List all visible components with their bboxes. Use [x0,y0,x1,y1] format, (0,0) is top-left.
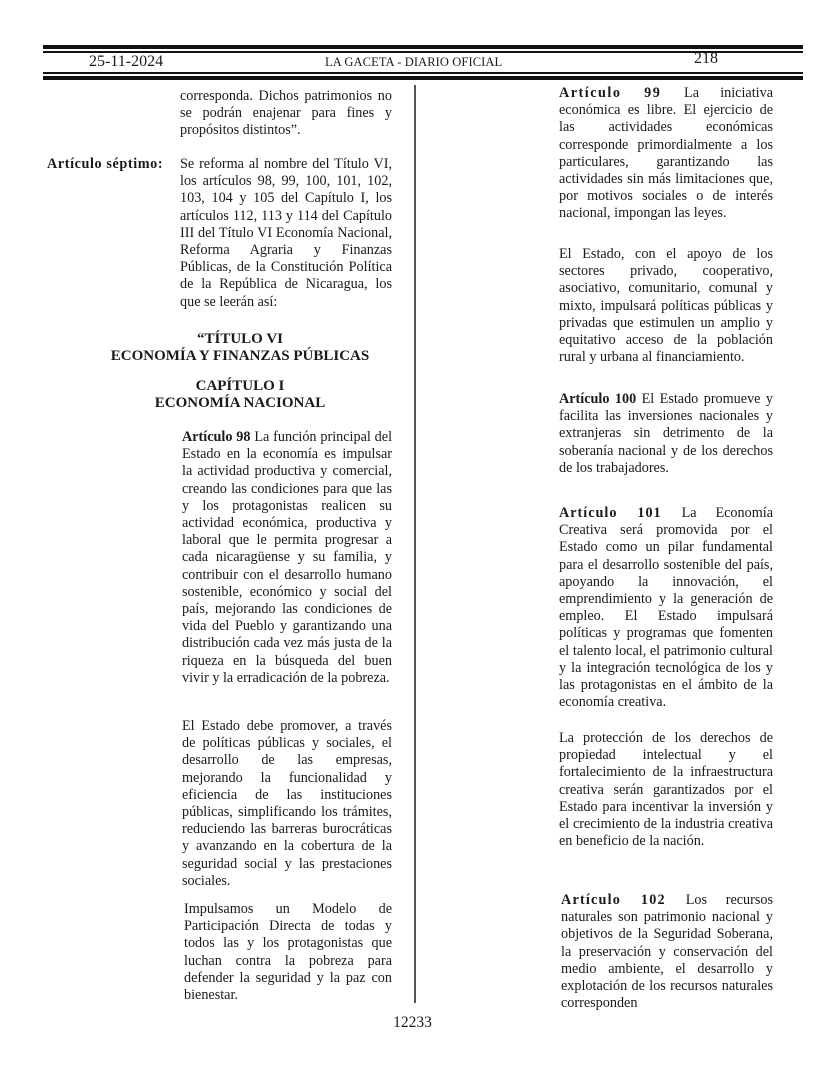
article-101-text: La Economía Creativa será promovida por … [559,505,773,710]
column-divider [414,85,416,1003]
article-98-label: Artículo 98 [182,429,254,445]
page-number: 218 [694,50,718,68]
article-99-paragraph-2: El Estado, con el apoyo de los sectores … [559,246,773,366]
chapter-heading-line2: ECONOMÍA NACIONAL [60,395,420,412]
article-98: Artículo 98 La función principal del Est… [182,429,392,687]
article-99: Artículo 99 La iniciativa económica es l… [559,85,773,223]
article-98-paragraph-3: Impulsamos un Modelo de Participación Di… [184,901,392,1004]
publication-title: LA GACETA - DIARIO OFICIAL [325,55,502,70]
article-seventh-label: Artículo séptimo: [47,156,163,173]
issue-date: 25-11-2024 [89,53,163,71]
article-98-text: La función principal del Estado en la ec… [182,429,392,686]
continuation-paragraph: corresponda. Dichos patrimonios no se po… [180,88,392,140]
article-seventh-text: Se reforma al nombre del Título VI, los … [180,156,392,311]
article-102-label: Artículo 102 [561,892,686,908]
chapter-heading-line1: CAPÍTULO I [60,378,420,395]
article-98-paragraph-2: El Estado debe promover, a través de pol… [182,718,392,890]
folio-number: 12233 [0,1014,825,1032]
title-heading-line1: “TÍTULO VI [60,331,420,348]
article-100: Artículo 100 El Estado promueve y facili… [559,391,773,477]
title-heading: “TÍTULO VI ECONOMÍA Y FINANZAS PÚBLICAS [60,331,420,365]
article-101-paragraph-2: La protección de los derechos de propied… [559,730,773,850]
article-101-label: Artículo 101 [559,505,682,521]
article-102: Artículo 102 Los recursos naturales son … [561,892,773,1012]
page-header: 25-11-2024 LA GACETA - DIARIO OFICIAL 21… [43,53,803,71]
article-99-text: La iniciativa económica es libre. El eje… [559,85,773,221]
header-bottom-rule [43,76,803,80]
header-bottom-thin-rule [43,72,803,74]
chapter-heading: CAPÍTULO I ECONOMÍA NACIONAL [60,378,420,412]
article-102-text: Los recursos naturales son patrimonio na… [561,892,773,1011]
article-99-label: Artículo 99 [559,85,684,101]
header-top-rule [43,45,803,49]
article-101: Artículo 101 La Economía Creativa será p… [559,505,773,711]
title-heading-line2: ECONOMÍA Y FINANZAS PÚBLICAS [60,348,420,365]
article-100-label: Artículo 100 [559,391,642,407]
